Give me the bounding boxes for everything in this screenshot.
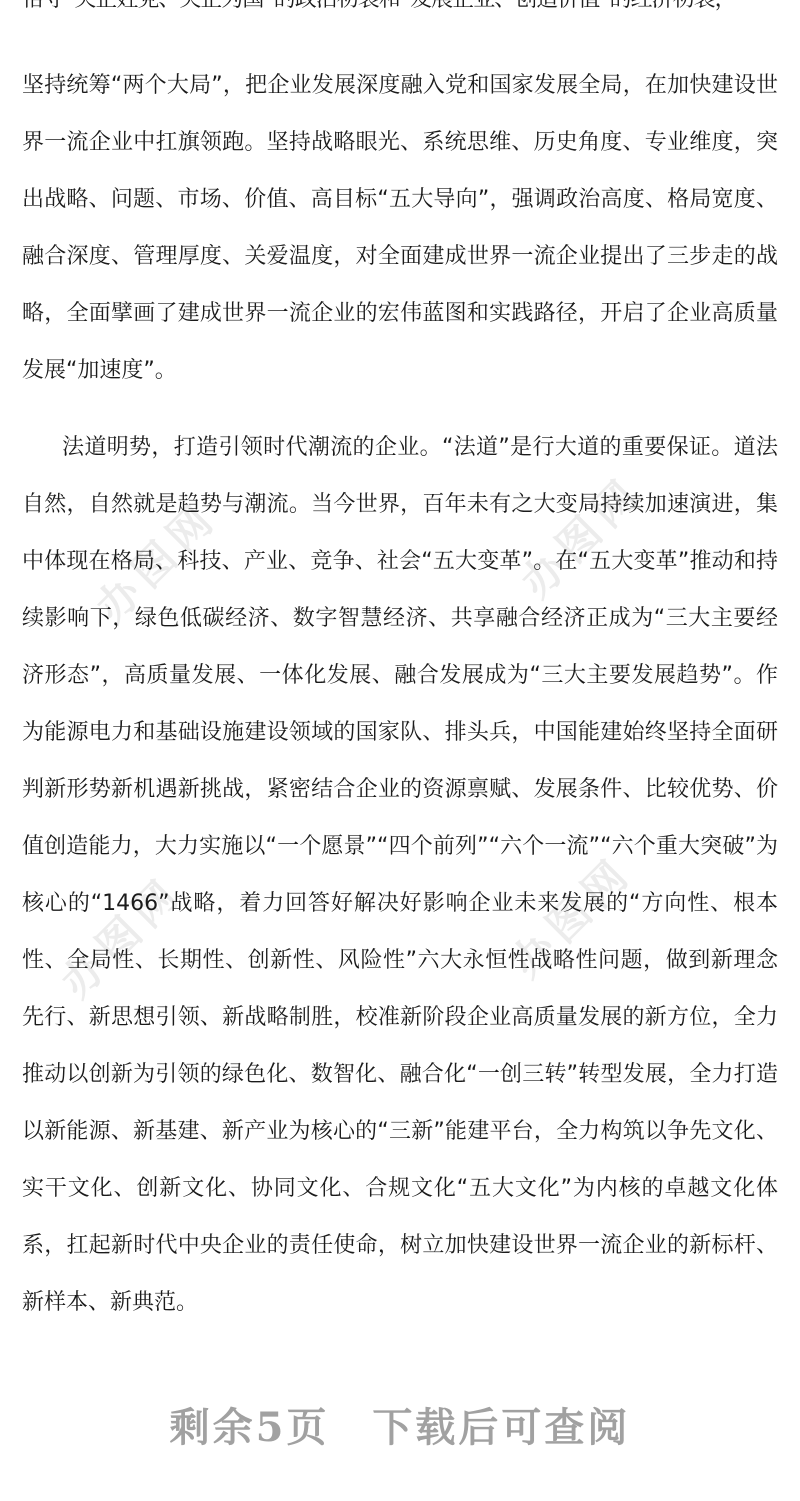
download-to-view-label: 下载后可查阅 [372,1404,630,1451]
paragraph-fadao-mingshi: 法道明势，打造引领时代潮流的企业。“法道”是行大道的重要保证。道法自然，自然就是… [22,419,778,1331]
document-page: 办图网 办图网 办图网 办图网 恪守“央企姓党、央企为国”的政治初衷和“发展企业… [0,0,800,1501]
paragraph-continuation-line: 恪守“央企姓党、央企为国”的政治初衷和“发展企业、创造价值”的经济初衷， [22,0,778,28]
document-body: 恪守“央企姓党、央企为国”的政治初衷和“发展企业、创造价值”的经济初衷， 坚持统… [22,0,778,1331]
preview-footer: 剩余5页 下载后可查阅 [0,1396,800,1453]
pages-remaining-label: 剩余5页 [170,1404,330,1451]
paragraph-strategy: 坚持统筹“两个大局”，把企业发展深度融入党和国家发展全局，在加快建设世界一流企业… [22,57,778,399]
